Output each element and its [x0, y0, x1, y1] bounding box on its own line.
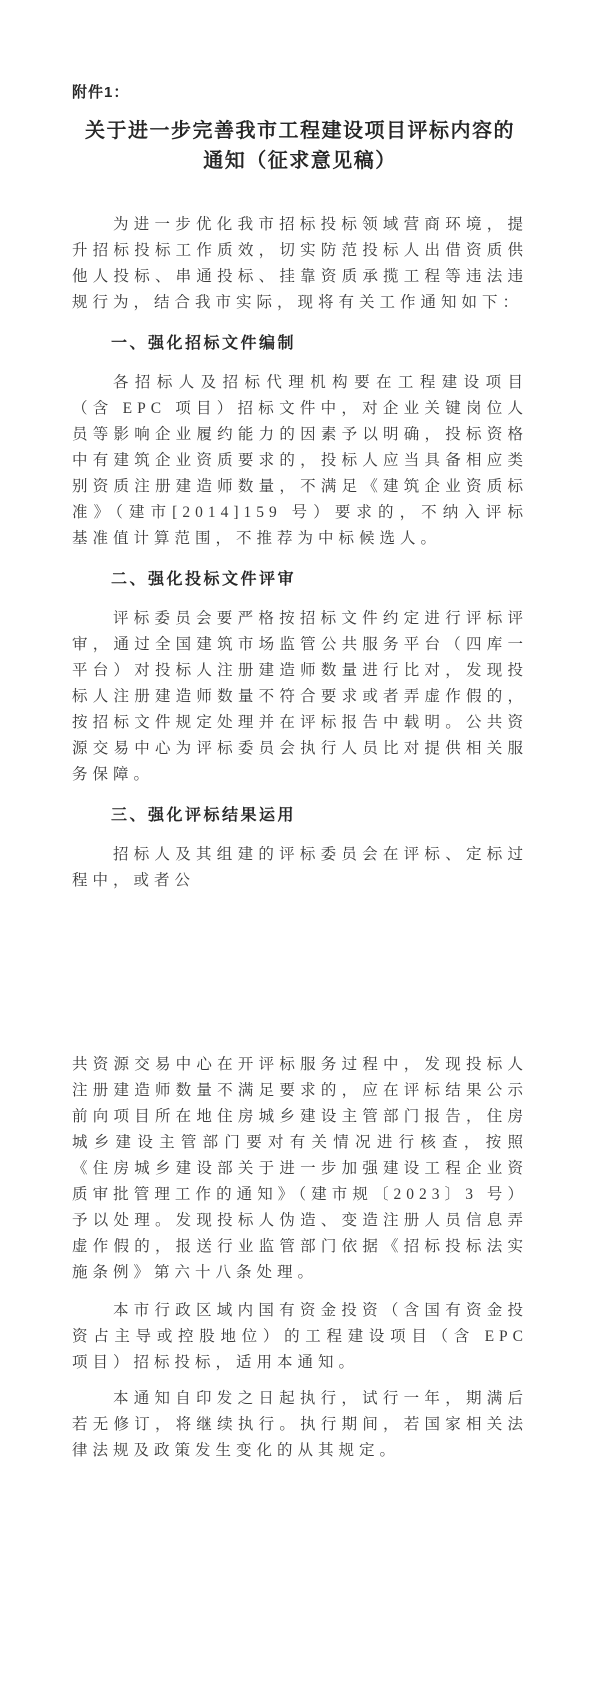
- scope-paragraph: 本市行政区域内国有资金投资（含国有资金投资占主导或控股地位）的工程建设项目（含 …: [72, 1298, 528, 1376]
- section-3-heading: 三、强化评标结果运用: [72, 804, 528, 828]
- effective-date-paragraph: 本通知自印发之日起执行，试行一年，期满后若无修订，将继续执行。执行期间，若国家相…: [72, 1386, 528, 1464]
- document-canvas: 附件1： 关于进一步完善我市工程建设项目评标内容的 通知（征求意见稿） 为进一步…: [0, 0, 600, 1697]
- section-3-paragraph-page2-continuation: 共资源交易中心在开评标服务过程中，发现投标人注册建造师数量不满足要求的，应在评标…: [72, 1052, 528, 1286]
- section-2-heading: 二、强化投标文件评审: [72, 568, 528, 592]
- document-title-line-2: 通知（征求意见稿）: [72, 146, 528, 176]
- document-title: 关于进一步完善我市工程建设项目评标内容的 通知（征求意见稿）: [72, 116, 528, 176]
- section-1-paragraph: 各招标人及招标代理机构要在工程建设项目（含 EPC 项目）招标文件中，对企业关键…: [72, 370, 528, 552]
- section-1-heading: 一、强化招标文件编制: [72, 332, 528, 356]
- section-2-paragraph: 评标委员会要严格按招标文件约定进行评标评审，通过全国建筑市场监管公共服务平台（四…: [72, 606, 528, 788]
- page-break-gap: [72, 894, 528, 1052]
- document-page: 附件1： 关于进一步完善我市工程建设项目评标内容的 通知（征求意见稿） 为进一步…: [0, 0, 600, 1464]
- section-3-paragraph-page1-fragment: 招标人及其组建的评标委员会在评标、定标过程中，或者公: [72, 842, 528, 894]
- document-title-line-1: 关于进一步完善我市工程建设项目评标内容的: [72, 116, 528, 146]
- attachment-label: 附件1：: [72, 84, 528, 102]
- intro-paragraph: 为进一步优化我市招标投标领域营商环境，提升招标投标工作质效，切实防范投标人出借资…: [72, 212, 528, 316]
